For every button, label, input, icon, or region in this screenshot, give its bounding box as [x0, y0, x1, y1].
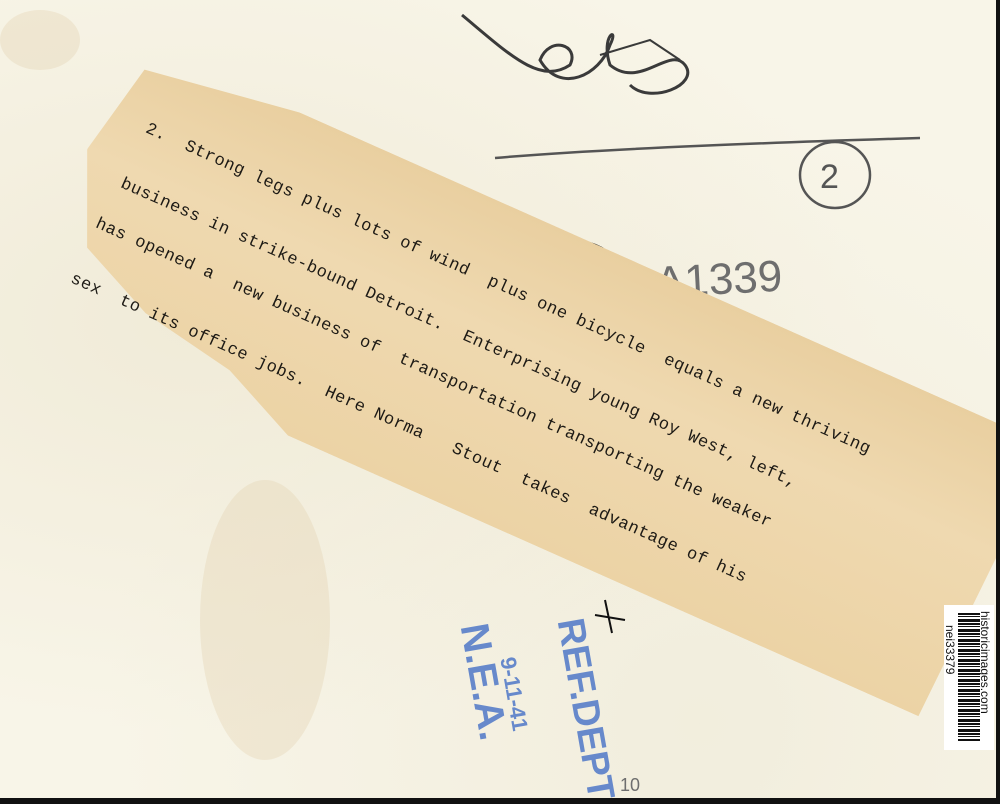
barcode-label: historicimages.com nei33379: [944, 605, 994, 750]
frame-border: [996, 0, 1000, 804]
barcode-icon: [958, 613, 980, 741]
pencil-scribble-signature: [450, 5, 750, 115]
barcode-id: nei33379: [943, 625, 957, 674]
pencil-mark-bottom: 10: [620, 775, 640, 796]
barcode-site: historicimages.com: [978, 611, 992, 714]
x-mark-icon: [590, 595, 630, 635]
frame-border: [0, 798, 1000, 804]
caption-text: 2. Strong legs plus lots of wind plus on…: [0, 0, 21, 95]
svg-text:2: 2: [820, 158, 839, 196]
stain: [200, 480, 330, 760]
circled-number-icon: 2: [790, 130, 880, 220]
